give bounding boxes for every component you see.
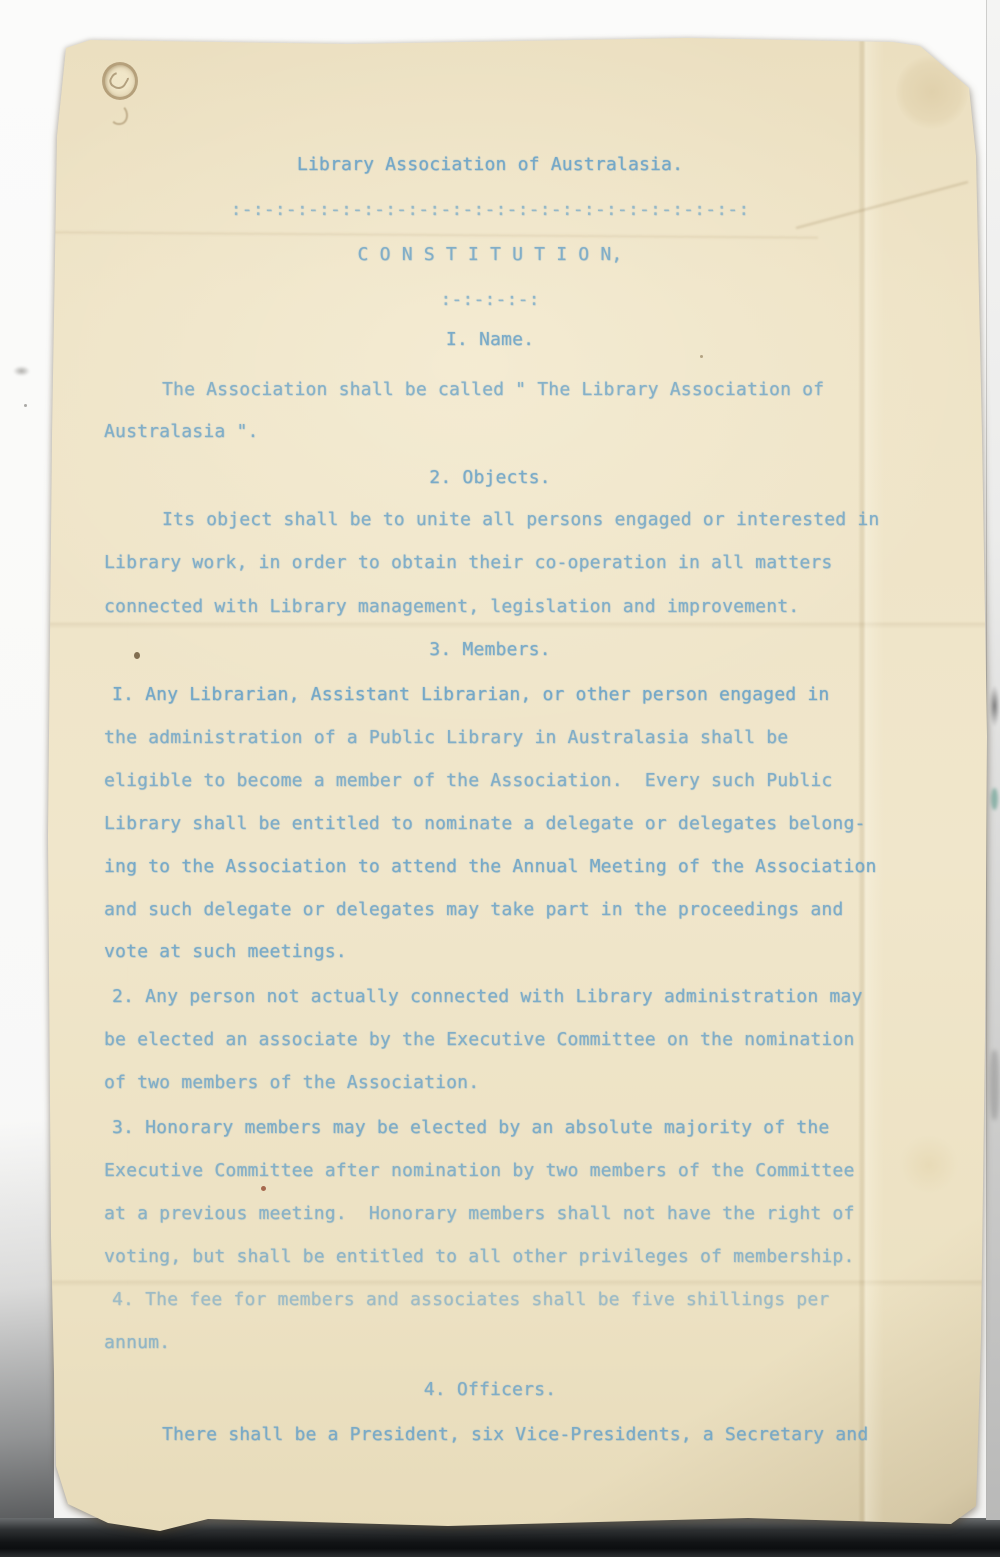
document-line: eligible to become a member of the Assoc… [104, 768, 876, 794]
document-title: Library Association of Australasia. [104, 152, 876, 178]
document-line: There shall be a President, six Vice-Pre… [162, 1422, 934, 1448]
document-line: ing to the Association to attend the Ann… [104, 854, 876, 880]
document-line: vote at such meetings. [104, 939, 876, 965]
document-line: The Association shall be called " The Li… [162, 377, 934, 403]
document-line: of two members of the Association. [104, 1070, 876, 1096]
document-line: connected with Library management, legis… [104, 594, 876, 620]
text-column: Library Association of Australasia.:-:-:… [104, 36, 876, 1531]
stain-mid-right [900, 1134, 958, 1196]
scanner-right-strip [986, 0, 1000, 1520]
document-line: Executive Committee after nomination by … [104, 1158, 876, 1184]
strip-smudge-gray [990, 1050, 999, 1120]
scanner-shadow-bottom-left [0, 1120, 54, 1540]
divider-rule: :-:-:-:-:-:-:-:-:-:-:-:-:-:-:-:-:-:-:-:-… [104, 197, 876, 223]
scanned-document-page: Library Association of Australasia.:-:-:… [48, 36, 987, 1531]
document-line: Australasia ". [104, 419, 876, 445]
document-line: at a previous meeting. Honorary members … [104, 1201, 876, 1227]
scanner-smudge [13, 366, 30, 376]
section-heading-officers: 4. Officers. [104, 1377, 876, 1403]
scanner-speck [24, 404, 27, 407]
document-line: 2. Any person not actually connected wit… [112, 984, 884, 1010]
document-line: 3. Honorary members may be elected by an… [112, 1115, 884, 1141]
document-line: voting, but shall be entitled to all oth… [104, 1244, 876, 1270]
document-line: Its object shall be to unite all persons… [162, 507, 934, 533]
section-heading-objects: 2. Objects. [104, 465, 876, 491]
constitution-heading: C O N S T I T U T I O N, [104, 242, 876, 268]
strip-smudge-dark [989, 685, 1000, 727]
scanned-page-background: { "colors": { "paper": "#eee3c6", "ink":… [0, 0, 1000, 1557]
section-heading-members: 3. Members. [104, 637, 876, 663]
divider-rule-short: :-:-:-:-: [104, 287, 876, 313]
section-heading-name: I. Name. [104, 327, 876, 353]
stain-top-right [896, 54, 968, 130]
document-line: Library work, in order to obtain their c… [104, 550, 876, 576]
document-line: I. Any Librarian, Assistant Librarian, o… [112, 682, 884, 708]
document-line: annum. [104, 1330, 876, 1356]
document-line: 4. The fee for members and associates sh… [112, 1287, 884, 1313]
document-line: be elected an associate by the Executive… [104, 1027, 876, 1053]
document-line: the administration of a Public Library i… [104, 725, 876, 751]
strip-smudge-green [991, 788, 998, 810]
document-line: Library shall be entitled to nominate a … [104, 811, 876, 837]
document-line: and such delegate or delegates may take … [104, 897, 876, 923]
